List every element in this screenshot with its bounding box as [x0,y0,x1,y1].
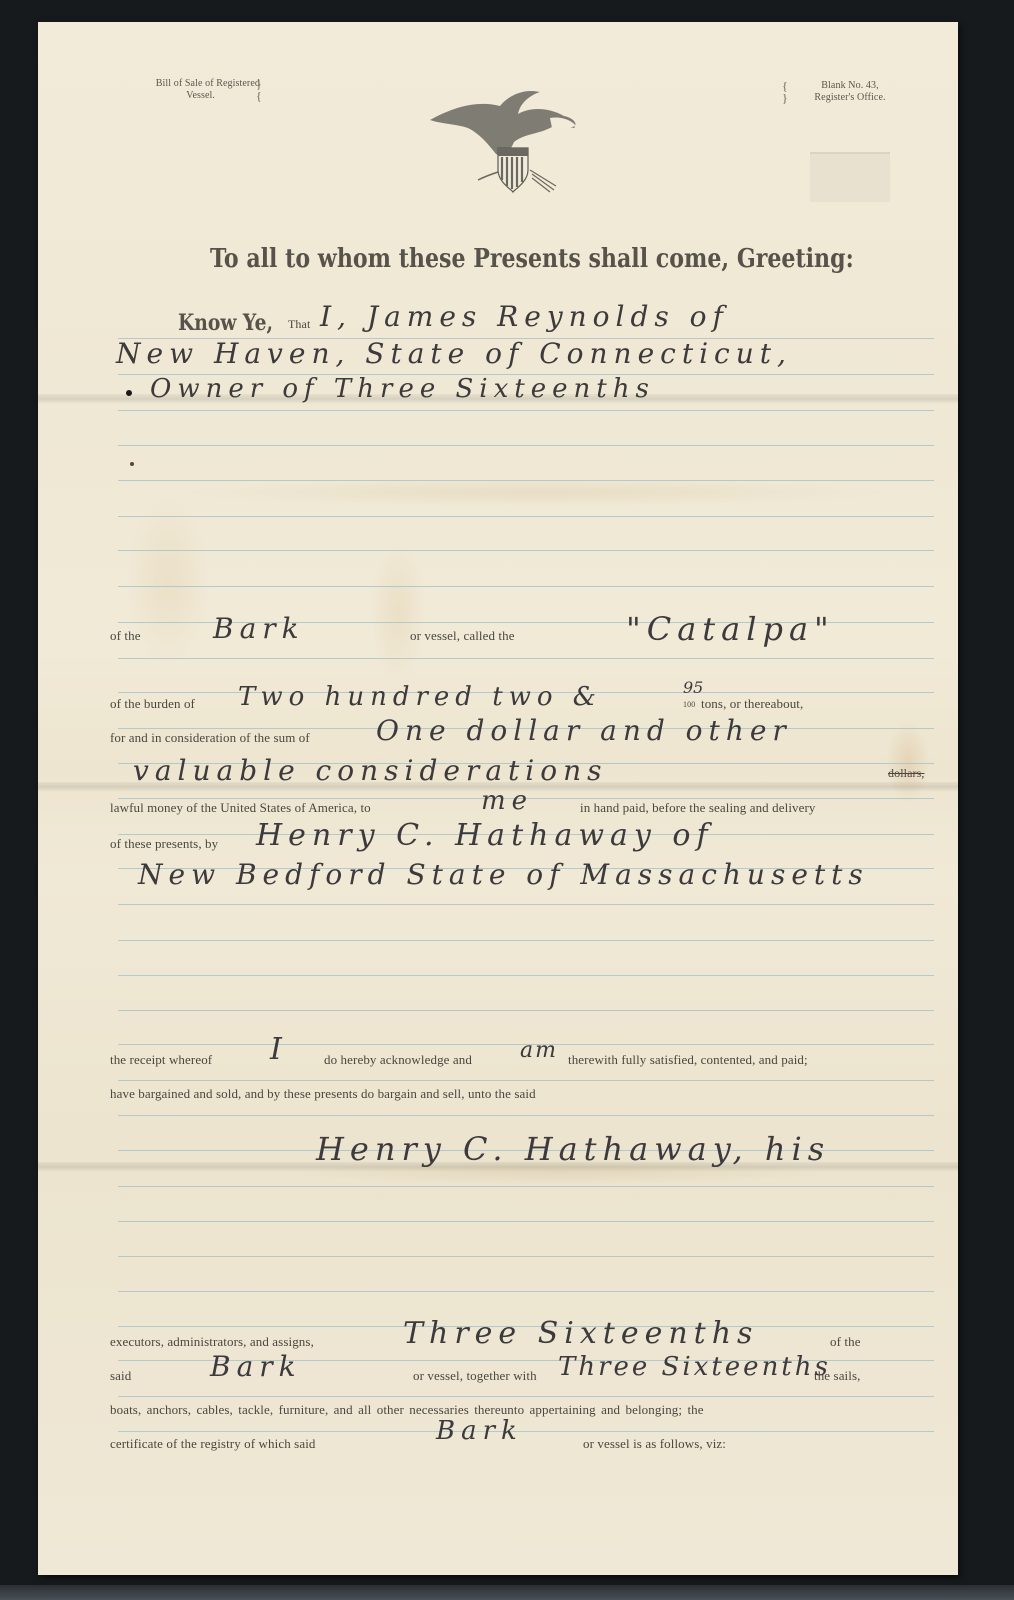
eagle-with-shield-icon [428,82,578,197]
grantee-line2: New Bedford State of Massachusetts [138,858,869,891]
rule-line [118,904,934,905]
acknowledger: I [270,1032,288,1067]
executors-label: executors, administrators, and assigns, [110,1334,314,1350]
dollars-label: dollars, [888,766,924,781]
burden-label: of the burden of [110,696,195,712]
brace-left-icon: }{ [256,78,262,102]
hand-paid-label: in hand paid, before the sealing and del… [580,800,816,816]
am-field: am [520,1038,558,1063]
satisfied-label: therewith fully satisfied, contented, an… [568,1052,808,1068]
together-with-label: or vessel, together with [413,1368,537,1384]
boats-label: boats, anchors, cables, tackle, furnitur… [110,1402,704,1418]
of-the-label: of the [110,628,141,644]
tons-label: tons, or thereabout, [701,696,803,712]
share-sails: Three Sixteenths [558,1352,831,1382]
acknowledge-label: do hereby acknowledge and [324,1052,472,1068]
header-left-line1: Bill of Sale of Registered [110,78,260,90]
know-ye-heading: Know Ye, [178,310,273,336]
rule-line [118,445,934,446]
certificate-label: certificate of the registry of which sai… [110,1436,316,1452]
said-label: said [110,1368,131,1384]
header-right: Blank No. 43, Register's Office. [796,80,904,104]
grantee-line1: Henry C. Hathaway of [256,818,714,853]
share-sold: Three Sixteenths [403,1316,758,1351]
rule-line [118,1291,934,1292]
ink-blot [126,390,132,396]
the-sails-label: the sails, [814,1368,861,1384]
rule-line [118,1186,934,1187]
rule-line [118,480,934,481]
rule-line [118,1396,934,1397]
rule-line [118,1256,934,1257]
brace-right-icon: {} [782,80,788,104]
rule-line [118,1221,934,1222]
burden-tons: Two hundred two & [238,682,602,712]
vessel-name: "Catalpa" [626,610,835,648]
ink-blot [130,462,134,466]
rule-line [118,975,934,976]
receipt-label: the receipt whereof [110,1052,212,1068]
consideration-line2: valuable considerations [133,754,607,787]
burden-fraction: 95 [683,678,703,697]
grantor-line3: Owner of Three Sixteenths [150,374,655,404]
header-left: Bill of Sale of Registered Vessel. [110,78,260,102]
grantor-line2: New Haven, State of Connecticut, [116,337,792,370]
consideration-line1: One dollar and other [376,714,792,747]
vessel-type-2: Bark [210,1350,302,1383]
paid-to: me [481,786,533,816]
lawful-money-label: lawful money of the United States of Ame… [110,800,371,816]
consideration-label: for and in consideration of the sum of [110,730,310,746]
rule-line [118,410,934,411]
that-label: That [288,317,310,332]
greeting-title: To all to whom these Presents shall come… [210,244,854,274]
vessel-type: Bark [213,612,305,645]
rule-line [118,658,934,659]
as-follows-label: or vessel is as follows, viz: [583,1436,726,1452]
rule-line [118,516,934,517]
document-page: Bill of Sale of Registered Vessel. }{ {}… [38,22,958,1575]
rule-line [118,550,934,551]
rule-line [118,940,934,941]
header-right-line2: Register's Office. [796,92,904,104]
rule-line [118,1010,934,1011]
grantee-repeat: Henry C. Hathaway, his [316,1130,830,1168]
vessel-type-3: Bark [436,1416,523,1446]
rule-line [118,1115,934,1116]
or-vessel-called-label: or vessel, called the [410,628,515,644]
of-the-label-2: of the [830,1334,861,1350]
rule-line [118,1431,934,1432]
scanner-edge [0,1585,1014,1600]
presents-by-label: of these presents, by [110,836,218,852]
rule-line [118,586,934,587]
rule-line [118,1080,934,1081]
grantor-line1: I, James Reynolds of [320,300,729,333]
hundredths-label: 100 [683,700,695,709]
header-right-line1: Blank No. 43, [796,80,904,92]
header-left-line2: Vessel. [110,90,260,102]
bargained-label: have bargained and sold, and by these pr… [110,1086,536,1102]
faded-stamp [810,152,890,202]
